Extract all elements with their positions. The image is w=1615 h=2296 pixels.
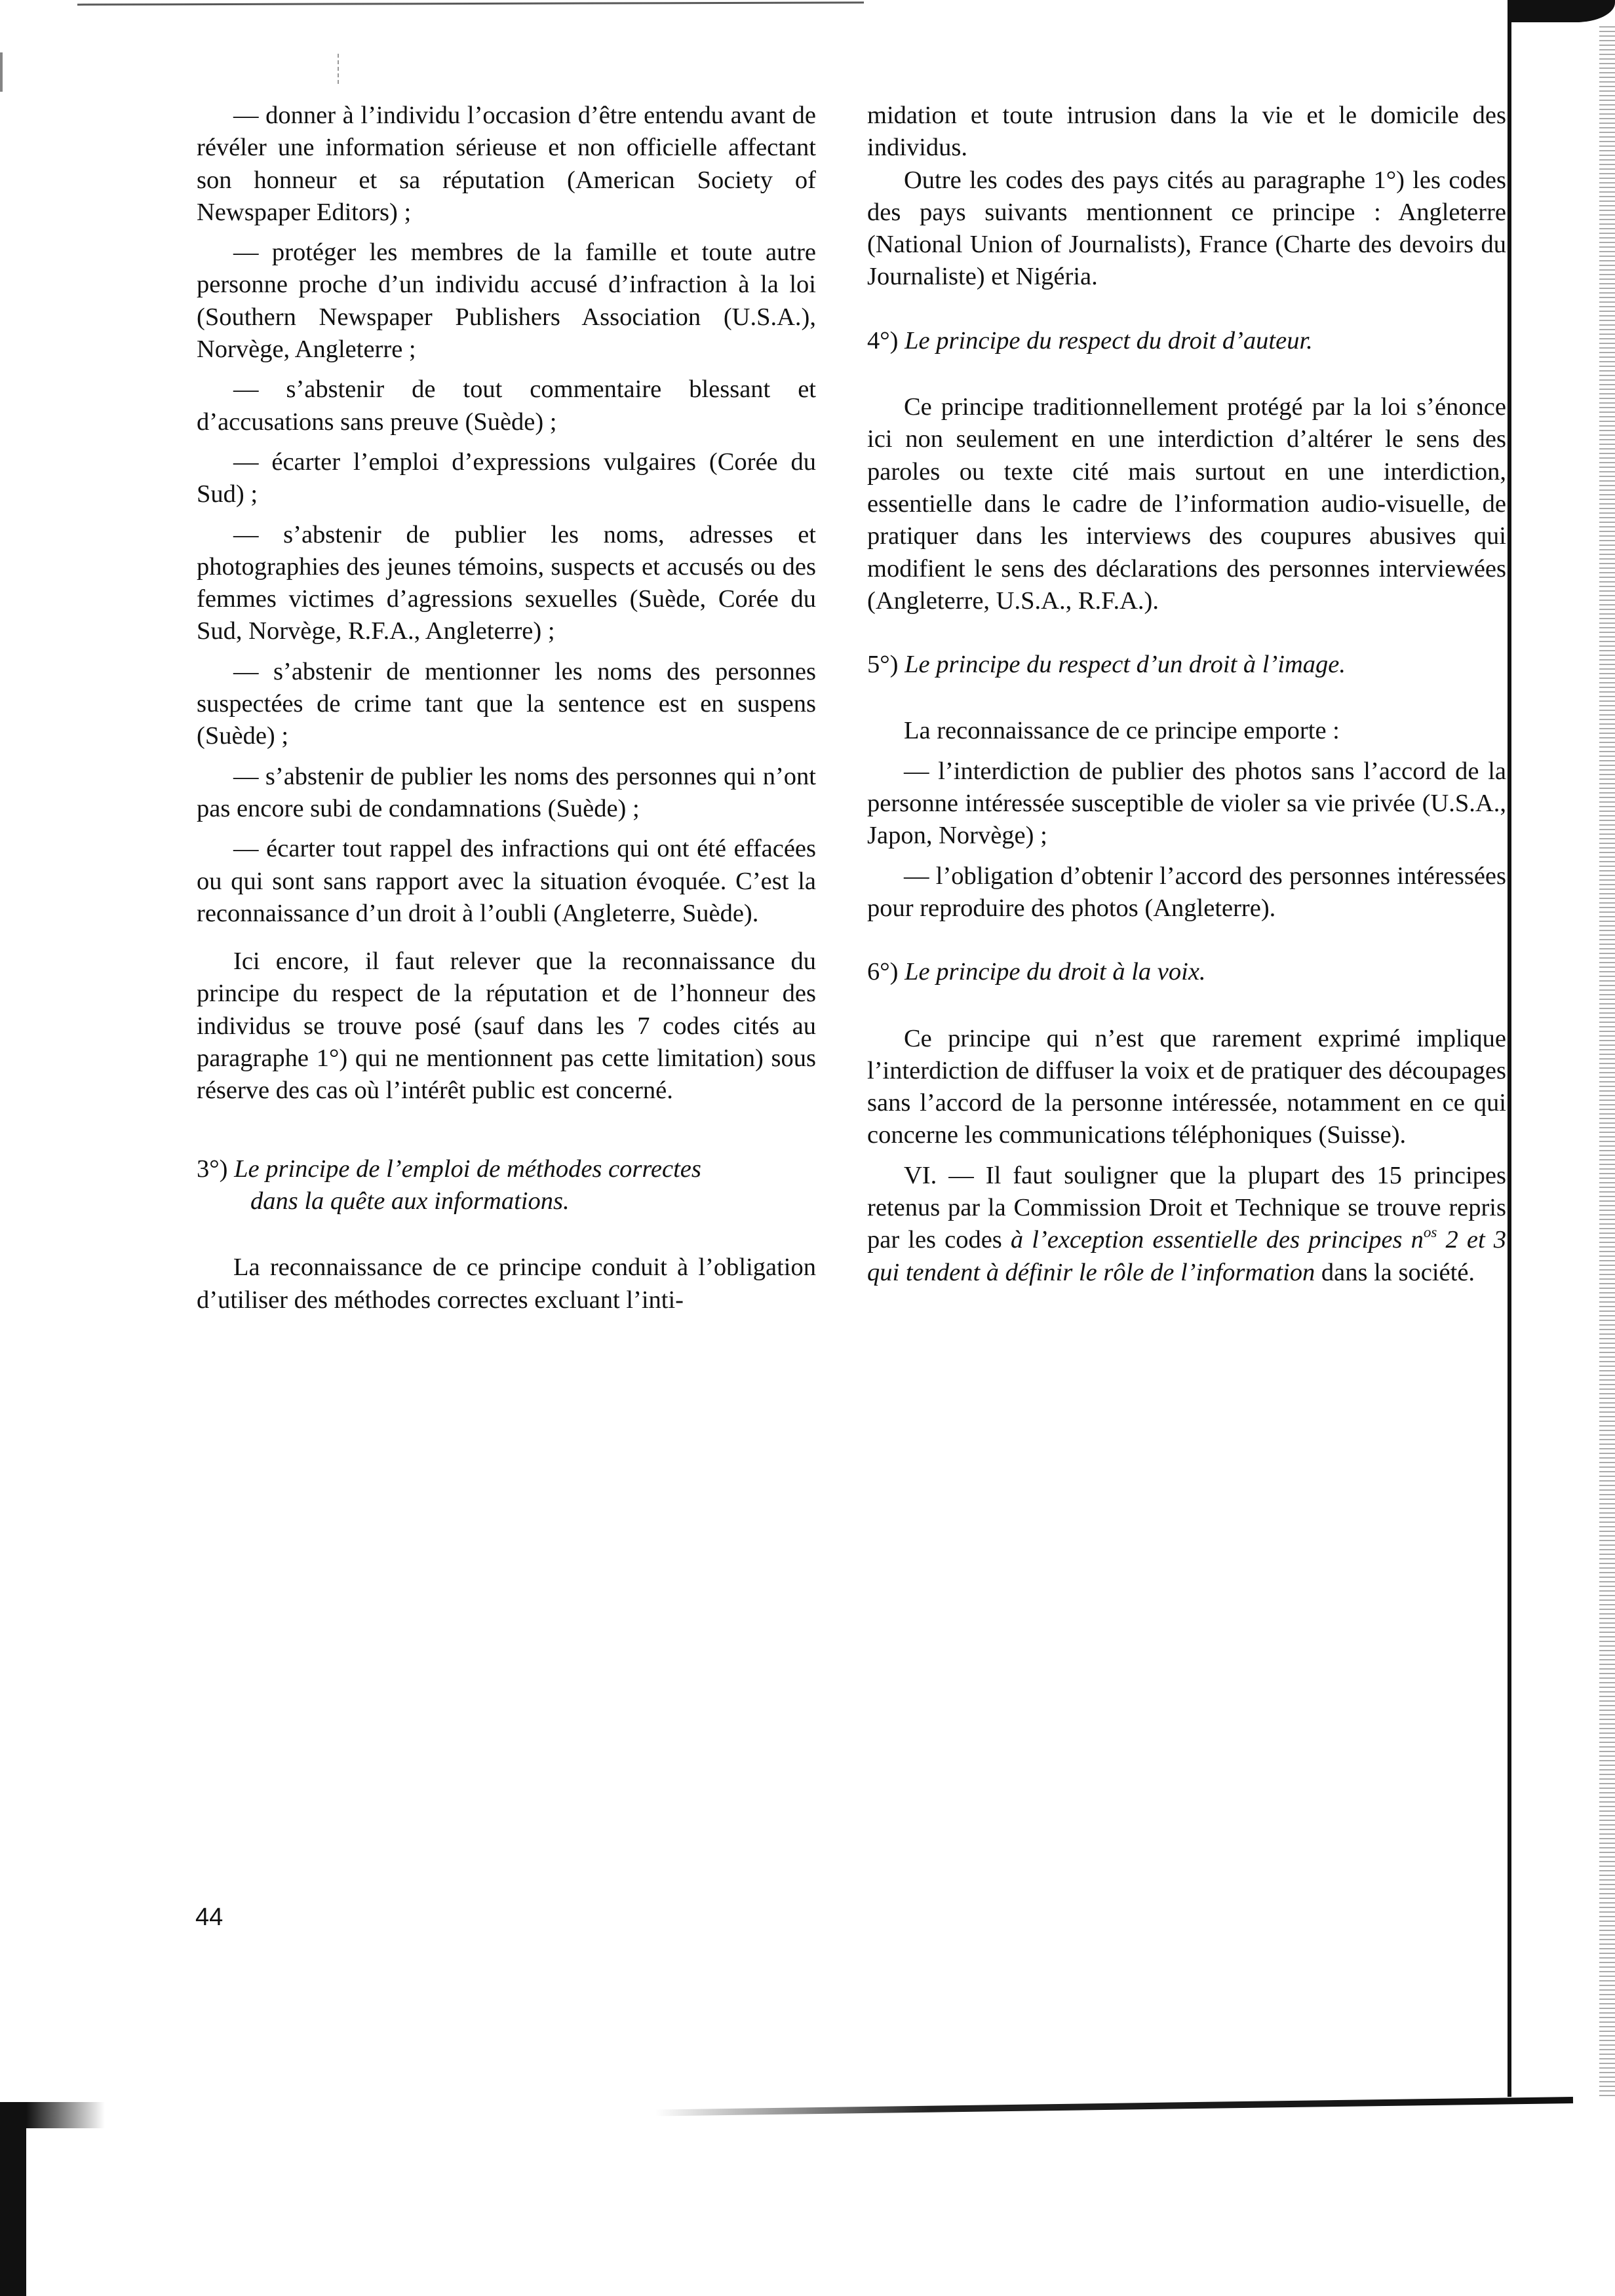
scan-top-edge [77,1,864,5]
heading-title: Le principe du respect du droit d’auteur… [905,327,1313,354]
section-heading-6: 6°) Le principe du droit à la voix. [867,956,1506,988]
page-number: 44 [195,1904,223,1932]
section-heading-5: 5°) Le principe du respect d’un droit à … [867,649,1506,681]
heading-title: Le principe du droit à la voix. [905,958,1205,985]
paragraph-principle-6: Ce principe qui n’est que rarement expri… [867,1023,1506,1152]
right-column: midation et toute intrusion dans la vie … [867,100,1506,1297]
left-column: — donner à l’individu l’occasion d’être … [197,100,816,1324]
paragraph-principle-5-intro: La reconnaissance de ce principe emporte… [867,715,1506,747]
section-vi-superscript: os [1424,1223,1437,1240]
scan-speckle [1599,26,1615,2097]
list-item: — donner à l’individu l’occasion d’être … [197,100,816,229]
paragraph-principle-4: Ce principe traditionnellement protégé p… [867,391,1506,617]
list-item: — l’interdiction de publier des photos s… [867,756,1506,852]
heading-number: 4°) [867,327,898,354]
heading-title: Le principe de l’emploi de méthodes corr… [234,1155,701,1183]
paragraph-continuation: midation et toute intrusion dans la vie … [867,100,1506,164]
scan-bottom-edge [655,2097,1573,2116]
scan-mark [338,54,341,84]
heading-title: Le principe du respect d’un droit à l’im… [905,651,1346,678]
list-item: — s’abstenir de tout commentaire blessan… [197,373,816,438]
paragraph-outre: Outre les codes des pays cités au paragr… [867,164,1506,294]
heading-number: 3°) [197,1155,227,1183]
list-item: — écarter l’emploi d’expressions vulgair… [197,446,816,511]
section-heading-3: 3°) Le principe de l’emploi de méthodes … [197,1153,816,1218]
section-vi-tail: dans la société. [1315,1259,1475,1286]
paragraph-section-vi: VI. — Il faut souligner que la plupart d… [867,1160,1506,1289]
section-vi-emphasis: à l’exception essentielle des principes … [1011,1226,1424,1253]
heading-number: 6°) [867,958,898,985]
paragraph-ici-encore: Ici encore, il faut relever que la recon… [197,946,816,1107]
section-heading-4: 4°) Le principe du respect du droit d’au… [867,325,1506,357]
heading-title-continued: dans la quête aux informations. [197,1185,816,1217]
list-item: — s’abstenir de publier les noms des per… [197,761,816,826]
scan-left-edge [0,52,3,92]
list-item: — écarter tout rappel des infractions qu… [197,833,816,930]
scan-left-bottom-edge [0,2103,26,2296]
list-item: — l’obligation d’obtenir l’accord des pe… [867,860,1506,925]
heading-number: 5°) [867,651,898,678]
list-item: — s’abstenir de publier les noms, adress… [197,519,816,648]
paragraph-principle-3: La reconnaissance de ce principe conduit… [197,1252,816,1316]
list-item: — protéger les membres de la famille et … [197,237,816,366]
list-item: — s’abstenir de mentionner les noms des … [197,656,816,753]
